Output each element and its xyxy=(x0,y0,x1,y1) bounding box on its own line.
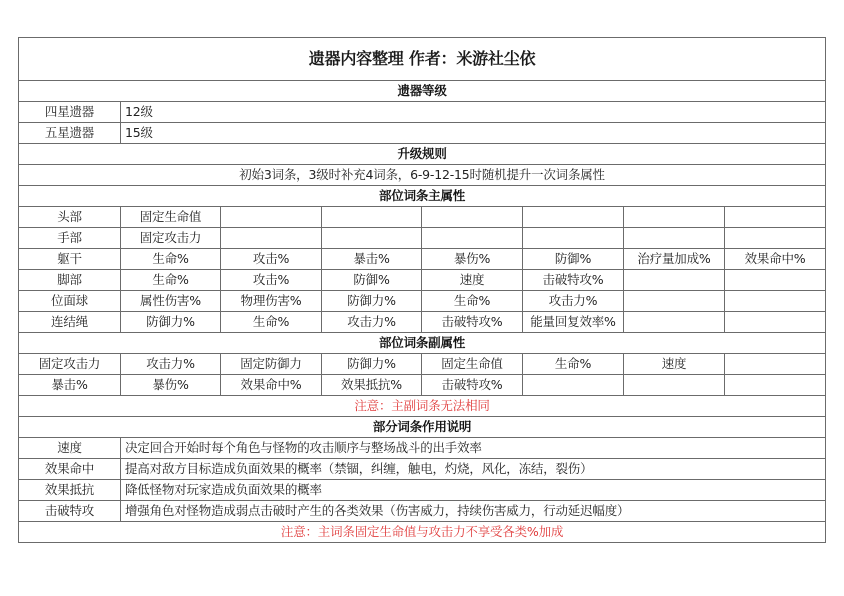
section-header-row: 部位词条副属性 xyxy=(19,333,826,354)
slot-label: 连结绳 xyxy=(19,312,121,333)
main-stat-row: 脚部 生命% 攻击% 防御% 速度 击破特攻% xyxy=(19,270,826,291)
stat-cell xyxy=(422,228,523,249)
level-label: 四星遗器 xyxy=(19,102,121,123)
stat-cell xyxy=(221,228,322,249)
stat-cell xyxy=(624,228,725,249)
stat-cell: 效果命中% xyxy=(725,249,826,270)
stat-cell: 生命% xyxy=(221,312,322,333)
main-stat-row: 连结绳 防御力% 生命% 攻击力% 击破特攻% 能量回复效率% xyxy=(19,312,826,333)
level-value: 12级 xyxy=(121,102,826,123)
term-description: 增强角色对怪物造成弱点击破时产生的各类效果（伤害威力，持续伤害威力，行动延迟幅度… xyxy=(121,501,826,522)
main-stat-row: 手部 固定攻击力 xyxy=(19,228,826,249)
stat-cell xyxy=(725,354,826,375)
term-description: 决定回合开始时每个角色与怪物的攻击顺序与整场战斗的出手效率 xyxy=(121,438,826,459)
term-label: 击破特攻 xyxy=(19,501,121,522)
stat-cell: 防御% xyxy=(322,270,422,291)
explanation-row: 击破特攻 增强角色对怪物造成弱点击破时产生的各类效果（伤害威力，持续伤害威力，行… xyxy=(19,501,826,522)
stat-cell: 暴伤% xyxy=(422,249,523,270)
stat-cell: 击破特攻% xyxy=(523,270,624,291)
stat-cell: 防御力% xyxy=(322,354,422,375)
stat-cell: 暴击% xyxy=(322,249,422,270)
page-title: 遗器内容整理 作者：米游社尘依 xyxy=(19,38,826,81)
stat-cell: 能量回复效率% xyxy=(523,312,624,333)
stat-cell: 生命% xyxy=(121,270,221,291)
stat-cell: 固定防御力 xyxy=(221,354,322,375)
stat-cell: 生命% xyxy=(121,249,221,270)
section-heading-main-stats: 部位词条主属性 xyxy=(19,186,826,207)
term-description: 提高对敌方目标造成负面效果的概率（禁锢，纠缠，触电，灼烧，风化，冻结，裂伤） xyxy=(121,459,826,480)
explanation-row: 效果命中 提高对敌方目标造成负面效果的概率（禁锢，纠缠，触电，灼烧，风化，冻结，… xyxy=(19,459,826,480)
term-label: 速度 xyxy=(19,438,121,459)
explanation-note: 注意：主词条固定生命值与攻击力不享受各类%加成 xyxy=(19,522,826,543)
stat-cell xyxy=(725,270,826,291)
stat-cell: 击破特攻% xyxy=(422,312,523,333)
stat-cell: 速度 xyxy=(624,354,725,375)
slot-label: 位面球 xyxy=(19,291,121,312)
note-row: 注意：主副词条无法相同 xyxy=(19,396,826,417)
stat-cell xyxy=(725,312,826,333)
section-heading-level: 遗器等级 xyxy=(19,81,826,102)
slot-label: 躯干 xyxy=(19,249,121,270)
stat-cell xyxy=(725,291,826,312)
section-header-row: 部位词条主属性 xyxy=(19,186,826,207)
term-label: 效果命中 xyxy=(19,459,121,480)
slot-label: 手部 xyxy=(19,228,121,249)
stat-cell: 攻击力% xyxy=(322,312,422,333)
stat-cell: 物理伤害% xyxy=(221,291,322,312)
stat-cell xyxy=(624,207,725,228)
stat-cell xyxy=(624,312,725,333)
stat-cell xyxy=(523,228,624,249)
stat-cell: 效果命中% xyxy=(221,375,322,396)
slot-label: 脚部 xyxy=(19,270,121,291)
stat-cell: 固定生命值 xyxy=(121,207,221,228)
stat-cell: 固定攻击力 xyxy=(121,228,221,249)
sub-stat-row: 暴击% 暴伤% 效果命中% 效果抵抗% 击破特攻% xyxy=(19,375,826,396)
section-header-row: 遗器等级 xyxy=(19,81,826,102)
stat-cell: 暴击% xyxy=(19,375,121,396)
note-row: 注意：主词条固定生命值与攻击力不享受各类%加成 xyxy=(19,522,826,543)
section-heading-sub-stats: 部位词条副属性 xyxy=(19,333,826,354)
section-header-row: 升级规则 xyxy=(19,144,826,165)
stat-cell: 防御力% xyxy=(121,312,221,333)
stat-cell xyxy=(221,207,322,228)
stat-cell: 暴伤% xyxy=(121,375,221,396)
stat-cell: 防御力% xyxy=(322,291,422,312)
sub-stats-note: 注意：主副词条无法相同 xyxy=(19,396,826,417)
level-row: 四星遗器 12级 xyxy=(19,102,826,123)
stat-cell: 生命% xyxy=(523,354,624,375)
section-heading-explanation: 部分词条作用说明 xyxy=(19,417,826,438)
explanation-row: 速度 决定回合开始时每个角色与怪物的攻击顺序与整场战斗的出手效率 xyxy=(19,438,826,459)
section-heading-upgrade: 升级规则 xyxy=(19,144,826,165)
stat-cell: 防御% xyxy=(523,249,624,270)
stat-cell xyxy=(725,375,826,396)
level-value: 15级 xyxy=(121,123,826,144)
sub-stat-row: 固定攻击力 攻击力% 固定防御力 防御力% 固定生命值 生命% 速度 xyxy=(19,354,826,375)
stat-cell xyxy=(422,207,523,228)
section-header-row: 部分词条作用说明 xyxy=(19,417,826,438)
stat-cell xyxy=(322,207,422,228)
main-stat-row: 头部 固定生命值 xyxy=(19,207,826,228)
stat-cell: 攻击% xyxy=(221,249,322,270)
stat-cell xyxy=(322,228,422,249)
stat-cell xyxy=(725,207,826,228)
main-stat-row: 躯干 生命% 攻击% 暴击% 暴伤% 防御% 治疗量加成% 效果命中% xyxy=(19,249,826,270)
stat-cell xyxy=(523,207,624,228)
stat-cell: 固定生命值 xyxy=(422,354,523,375)
title-row: 遗器内容整理 作者：米游社尘依 xyxy=(19,38,826,81)
stat-cell: 攻击力% xyxy=(523,291,624,312)
term-label: 效果抵抗 xyxy=(19,480,121,501)
stat-cell: 效果抵抗% xyxy=(322,375,422,396)
level-row: 五星遗器 15级 xyxy=(19,123,826,144)
stat-cell xyxy=(624,270,725,291)
upgrade-rule-row: 初始3词条，3级时补充4词条，6-9-12-15时随机提升一次词条属性 xyxy=(19,165,826,186)
stat-cell xyxy=(624,375,725,396)
stat-cell: 速度 xyxy=(422,270,523,291)
stat-cell: 攻击% xyxy=(221,270,322,291)
stat-cell: 属性伤害% xyxy=(121,291,221,312)
stat-cell: 固定攻击力 xyxy=(19,354,121,375)
stat-cell xyxy=(523,375,624,396)
stat-cell: 击破特攻% xyxy=(422,375,523,396)
artifact-guide-table: 遗器内容整理 作者：米游社尘依 遗器等级 四星遗器 12级 五星遗器 15级 升… xyxy=(18,37,826,543)
main-stat-row: 位面球 属性伤害% 物理伤害% 防御力% 生命% 攻击力% xyxy=(19,291,826,312)
slot-label: 头部 xyxy=(19,207,121,228)
stat-cell xyxy=(624,291,725,312)
stat-cell: 治疗量加成% xyxy=(624,249,725,270)
level-label: 五星遗器 xyxy=(19,123,121,144)
term-description: 降低怪物对玩家造成负面效果的概率 xyxy=(121,480,826,501)
upgrade-rule-text: 初始3词条，3级时补充4词条，6-9-12-15时随机提升一次词条属性 xyxy=(19,165,826,186)
stat-cell: 攻击力% xyxy=(121,354,221,375)
stat-cell: 生命% xyxy=(422,291,523,312)
stat-cell xyxy=(725,228,826,249)
explanation-row: 效果抵抗 降低怪物对玩家造成负面效果的概率 xyxy=(19,480,826,501)
artifact-guide-sheet: 遗器内容整理 作者：米游社尘依 遗器等级 四星遗器 12级 五星遗器 15级 升… xyxy=(18,37,825,543)
